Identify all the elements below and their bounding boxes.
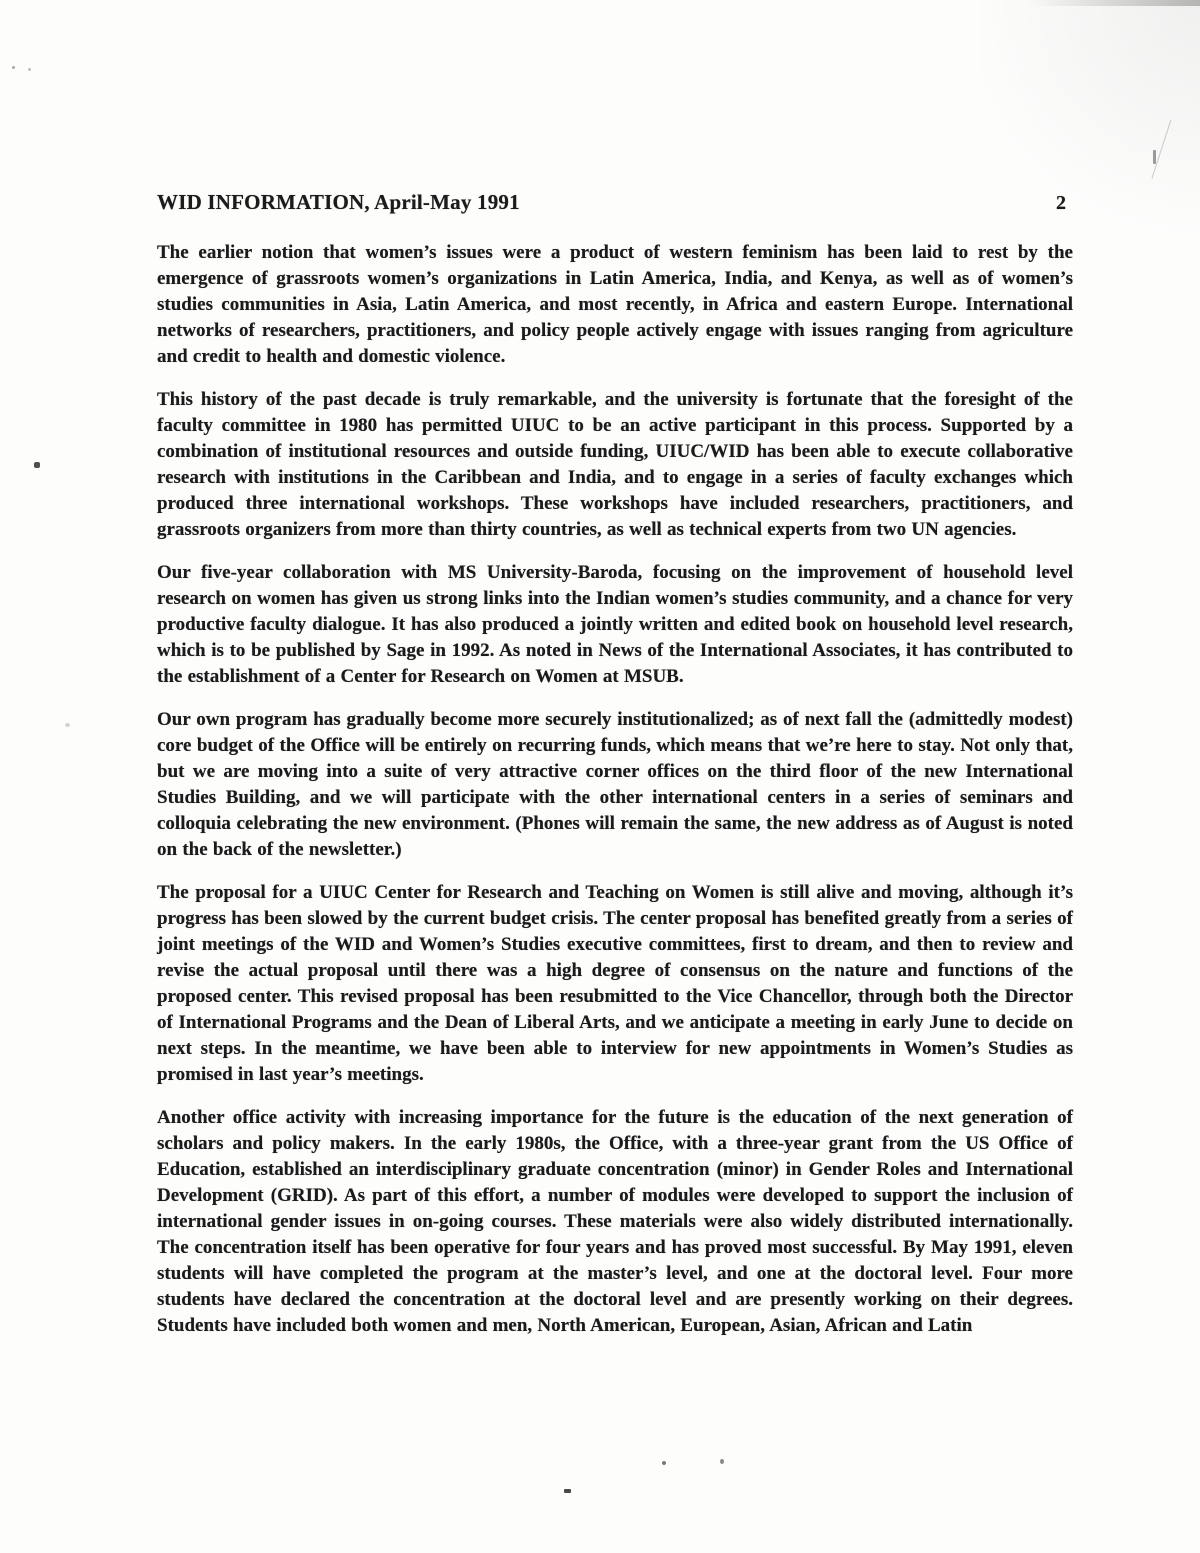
scan-speck xyxy=(12,66,15,69)
scan-speck xyxy=(28,68,31,71)
scan-speck xyxy=(564,1489,571,1493)
scan-edge-strip xyxy=(1030,0,1200,6)
scan-speck xyxy=(34,462,40,468)
scan-speck xyxy=(662,1461,666,1465)
scan-speck xyxy=(65,723,70,727)
document-page: WID INFORMATION, April-May 1991 2 The ea… xyxy=(0,0,1200,1553)
document-body: The earlier notion that women’s issues w… xyxy=(157,240,1073,1356)
paragraph-program-institutionalized: Our own program has gradually become mor… xyxy=(157,707,1073,863)
paragraph-women-issues: The earlier notion that women’s issues w… xyxy=(157,240,1073,370)
paragraph-history-decade: This history of the past decade is truly… xyxy=(157,387,1073,543)
scan-speck xyxy=(720,1459,724,1464)
document-title: WID INFORMATION, April-May 1991 xyxy=(157,190,520,215)
paragraph-grid-education: Another office activity with increasing … xyxy=(157,1105,1073,1339)
page-number: 2 xyxy=(1056,192,1080,215)
paragraph-center-proposal: The proposal for a UIUC Center for Resea… xyxy=(157,880,1073,1088)
scan-scratch-dot xyxy=(1153,150,1156,164)
paragraph-baroda-collaboration: Our five-year collaboration with MS Univ… xyxy=(157,560,1073,690)
document-header: WID INFORMATION, April-May 1991 2 xyxy=(157,190,1080,215)
